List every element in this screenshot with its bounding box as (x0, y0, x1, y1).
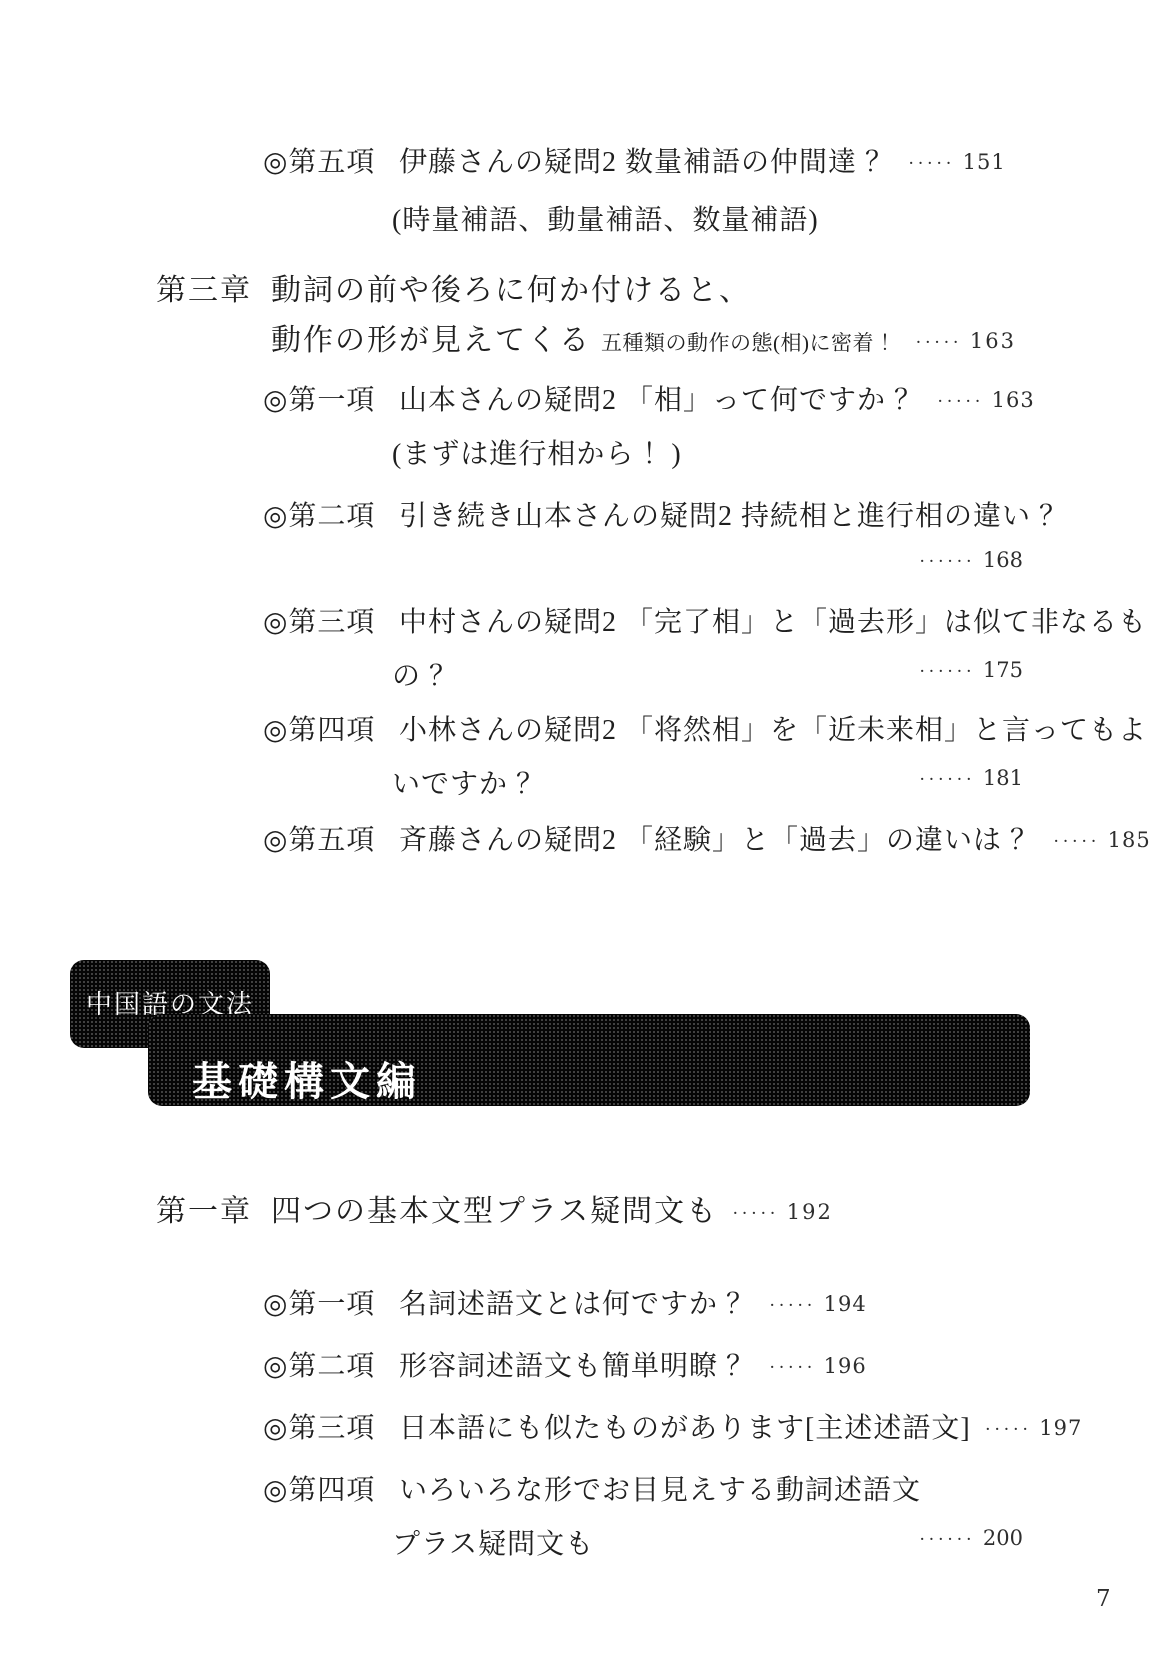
toc-entry: ◎第四項小林さんの疑問2 「将然相」を「近未来相」と言ってもよ (263, 708, 1147, 748)
toc-entry-title: 小林さんの疑問2 「将然相」を「近未来相」と言ってもよ (399, 715, 1147, 746)
toc-entry: ◎第一項山本さんの疑問2 「相」って何ですか ？·····163 (263, 378, 1035, 418)
toc-entry-title: 山本さんの疑問2 「相」って何ですか ？ (399, 385, 923, 416)
toc-entry-title: 伊藤さんの疑問2 数量補語の仲間達 ？ (399, 147, 894, 178)
toc-entry: ◎第二項形容詞述語文も簡単明瞭 ？·····196 (263, 1344, 867, 1384)
toc-entry-page-line: ······181 (905, 766, 1023, 792)
toc-entry: ◎第四項いろいろな形でお目見えする動詞述語文 (263, 1468, 921, 1508)
toc-leader: ····· (908, 153, 955, 174)
toc-entry: ◎第二項引き続き山本さんの疑問2 持続相と進行相の違い ？ (263, 494, 1068, 534)
toc-entry: ◎第五項斉藤さんの疑問2 「経験」と「過去」の違いは ？·····185 (263, 818, 1151, 858)
toc-entry-title: いろいろな形でお目見えする動詞述語文 (399, 1475, 921, 1506)
toc-entry-wrap: いですか ？ (392, 762, 545, 802)
toc-leader: ····· (915, 332, 962, 353)
toc-page-number: 163 (970, 329, 1016, 353)
part-banner-bar: 基礎構文編 (148, 1014, 1030, 1106)
toc-entry-number: ◎第四項 (263, 708, 399, 748)
toc-entry-title: 形容詞述語文も簡単明瞭 ？ (399, 1351, 755, 1382)
chapter-label: 第三章 (156, 265, 271, 309)
toc-page-number: 168 (983, 548, 1023, 572)
toc-leader: ······ (919, 551, 975, 572)
toc-page-number: 185 (1108, 828, 1151, 852)
toc-page-number: 175 (983, 658, 1023, 682)
toc-entry-number: ◎第三項 (263, 1406, 399, 1446)
chapter-title: 四つの基本文型プラス疑問文も (271, 1195, 718, 1228)
chapter-title-line1: 動詞の前や後ろに何か付けると、 (271, 274, 751, 307)
toc-entry-note-text: (まずは進行相から ！) (392, 439, 682, 470)
toc-entry-number: ◎第三項 (263, 600, 399, 640)
toc-page-number: 163 (992, 388, 1035, 412)
toc-entry-number: ◎第二項 (263, 494, 399, 534)
toc-entry-title: 日本語にも似たものがあります[主述述語文] (399, 1413, 971, 1444)
toc-page-number: 192 (787, 1200, 833, 1224)
folio-page-number: 7 (1096, 1586, 1111, 1612)
toc-leader: ····· (769, 1357, 816, 1378)
toc-entry-number: ◎第一項 (263, 1282, 399, 1322)
toc-entry-title-continued: プラス疑問文も (392, 1529, 594, 1560)
toc-leader: ······ (919, 1529, 975, 1550)
toc-page-number: 200 (983, 1526, 1023, 1550)
toc-entry-note: (まずは進行相から ！) (392, 432, 682, 472)
toc-entry-number: ◎第五項 (263, 140, 399, 180)
toc-entry-title-continued: いですか ？ (392, 769, 545, 800)
toc-entry-title-continued: の ？ (392, 661, 458, 692)
toc-page-number: 181 (983, 766, 1023, 790)
toc-page-number: 151 (963, 150, 1006, 174)
toc-entry-page-line: ······200 (905, 1526, 1023, 1552)
toc-entry-wrap: プラス疑問文も (392, 1522, 594, 1562)
chapter-heading: 第三章動詞の前や後ろに何か付けると、 (156, 265, 751, 309)
toc-leader: ····· (937, 391, 984, 412)
toc-entry-title: 引き続き山本さんの疑問2 持続相と進行相の違い ？ (399, 501, 1068, 532)
toc-entry: ◎第三項中村さんの疑問2 「完了相」と「過去形」は似て非なるも (263, 600, 1147, 640)
toc-leader: ····· (732, 1203, 779, 1224)
toc-entry-title: 斉藤さんの疑問2 「経験」と「過去」の違いは ？ (399, 825, 1039, 856)
toc-entry-page-line: ······175 (905, 658, 1023, 684)
chapter-subtitle: 五種類の動作の態(相)に密着 ！ (601, 331, 901, 355)
toc-page-number: 196 (824, 1354, 867, 1378)
toc-entry-number: ◎第一項 (263, 378, 399, 418)
toc-page-number: 194 (824, 1292, 867, 1316)
toc-leader: ····· (985, 1419, 1032, 1440)
chapter-heading: 第一章四つの基本文型プラス疑問文も·····192 (156, 1186, 833, 1230)
toc-entry-number: ◎第四項 (263, 1468, 399, 1508)
part-banner-title: 基礎構文編 (192, 1050, 422, 1107)
toc-leader: ····· (1053, 831, 1100, 852)
chapter-heading-line2: 動作の形が見えてくる五種類の動作の態(相)に密着 ！·····163 (271, 315, 1016, 359)
toc-entry-title: 中村さんの疑問2 「完了相」と「過去形」は似て非なるも (399, 607, 1147, 638)
toc-entry-title: 名詞述語文とは何ですか ？ (399, 1289, 755, 1320)
toc-leader: ····· (769, 1295, 816, 1316)
toc-entry: ◎第三項日本語にも似たものがあります[主述述語文]·····197 (263, 1406, 1082, 1446)
toc-page: ◎第五項伊藤さんの疑問2 数量補語の仲間達 ？·····151 (時量補語、動量… (0, 0, 1166, 1654)
toc-entry: ◎第五項伊藤さんの疑問2 数量補語の仲間達 ？·····151 (263, 140, 1006, 180)
chapter-label: 第一章 (156, 1186, 271, 1230)
toc-entry-note: (時量補語、動量補語、数量補語) (392, 198, 819, 238)
toc-entry-number: ◎第二項 (263, 1344, 399, 1384)
toc-entry-note-text: (時量補語、動量補語、数量補語) (392, 205, 819, 236)
toc-leader: ······ (919, 769, 975, 790)
toc-entry-wrap: の ？ (392, 654, 458, 694)
toc-entry: ◎第一項名詞述語文とは何ですか ？·····194 (263, 1282, 867, 1322)
chapter-title-line2: 動作の形が見えてくる (271, 324, 591, 357)
toc-entry-page-line: ······168 (905, 548, 1023, 574)
toc-leader: ······ (919, 661, 975, 682)
toc-page-number: 197 (1039, 1416, 1082, 1440)
toc-entry-number: ◎第五項 (263, 818, 399, 858)
